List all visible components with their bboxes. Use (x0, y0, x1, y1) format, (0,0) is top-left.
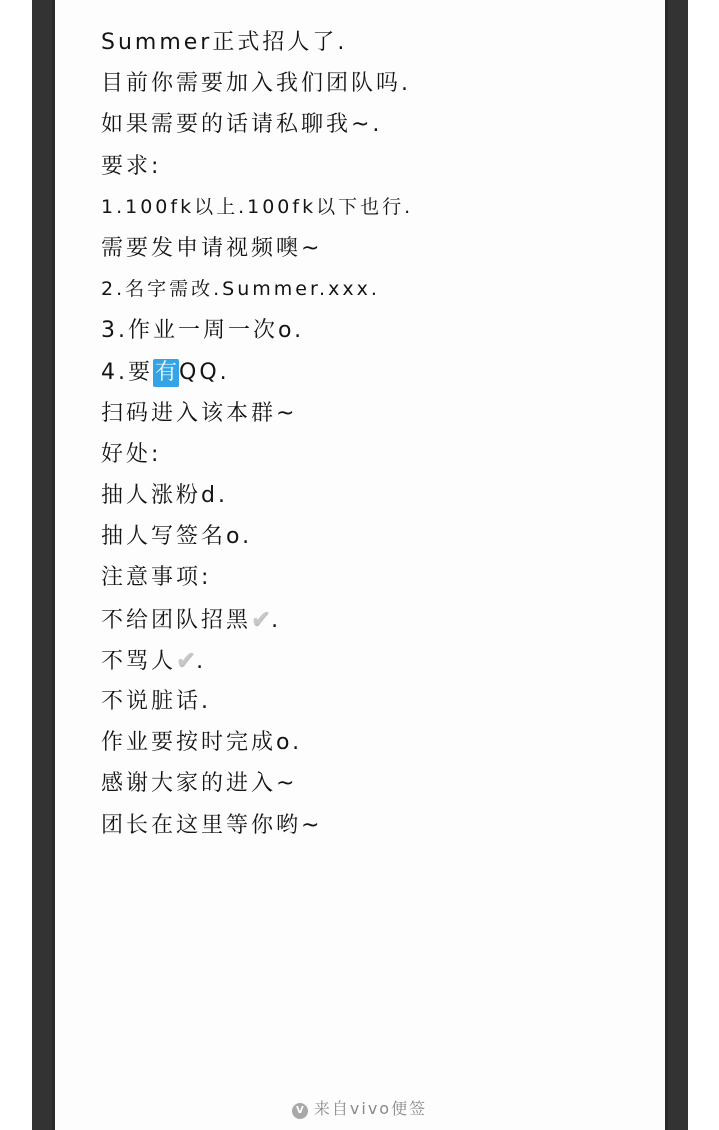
checkmark-icon: ✔ (251, 599, 271, 640)
vivo-logo-icon: V (292, 1103, 308, 1119)
note-line-text: 不给团队招黑 (101, 608, 251, 633)
note-line: 抽人涨粉d. (101, 475, 413, 516)
note-line: 不说脏话. (101, 681, 413, 722)
note-line: 目前你需要加入我们团队吗. (101, 63, 413, 104)
footer-source-text: 来自vivo便签 (314, 1099, 427, 1118)
note-line: 1.100fk以上.100fk以下也行. (101, 187, 413, 228)
note-heading-notes: 注意事项: (101, 557, 413, 598)
note-line-check: 不给团队招黑✔. (101, 599, 413, 640)
note-line-prefix: 4.要 (101, 360, 153, 385)
left-frame-border (32, 0, 55, 1130)
checkmark-icon: ✔ (176, 640, 196, 681)
note-line: 如果需要的话请私聊我~. (101, 104, 413, 145)
note-body: Summer正式招人了. 目前你需要加入我们团队吗. 如果需要的话请私聊我~. … (101, 22, 413, 846)
note-line: 感谢大家的进入~ (101, 763, 413, 804)
note-line-suffix: QQ. (179, 360, 230, 385)
note-heading-requirements: 要求: (101, 146, 413, 187)
note-line-qq: 4.要有QQ. (101, 352, 413, 393)
note-line: 团长在这里等你哟~ (101, 805, 413, 846)
note-line: 2.名字需改.Summer.xxx. (101, 269, 413, 310)
note-line: 抽人写签名o. (101, 516, 413, 557)
note-line: 扫码进入该本群~ (101, 393, 413, 434)
note-line-check: 不骂人✔. (101, 640, 413, 681)
highlighted-text-selection[interactable]: 有 (153, 359, 179, 387)
right-frame-border (665, 0, 688, 1130)
note-heading-benefits: 好处: (101, 434, 413, 475)
note-line: 3.作业一周一次o. (101, 310, 413, 351)
note-footer: V来自vivo便签 (0, 1096, 719, 1119)
note-line-end: . (196, 649, 206, 674)
note-line-title: Summer正式招人了. (101, 22, 413, 63)
note-line-text: 不骂人 (101, 649, 176, 674)
note-line-end: . (271, 608, 281, 633)
note-line: 作业要按时完成o. (101, 722, 413, 763)
note-line: 需要发申请视频噢~ (101, 228, 413, 269)
